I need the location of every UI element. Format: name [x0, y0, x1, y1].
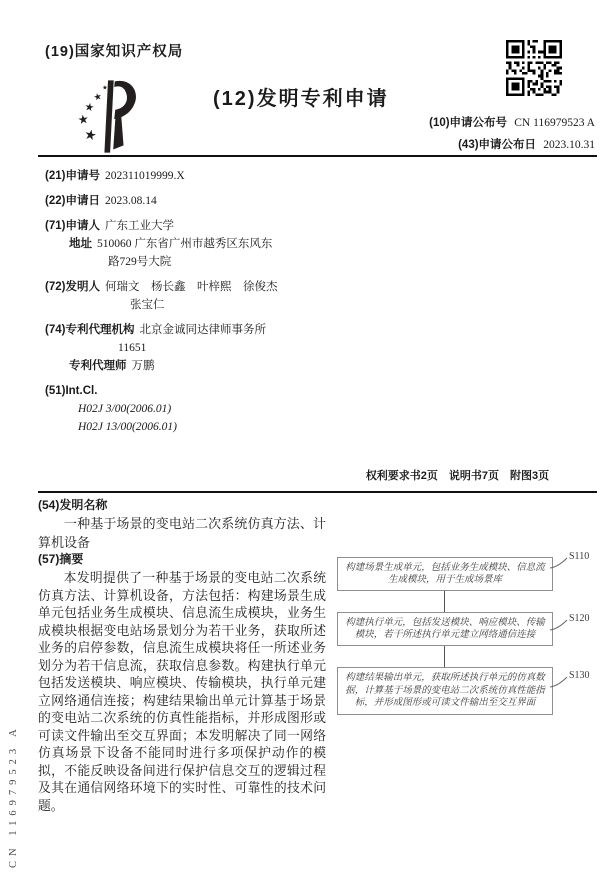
applicant-name: 广东工业大学	[105, 220, 174, 232]
flow-step-3-id: S130	[569, 670, 590, 681]
flow-step-2-text: 构建执行单元，包括发送模块、响应模块、传输模块，若干所述执行单元建立网络通信连接	[343, 617, 547, 642]
inventors-line-1: 何瑞文 杨长鑫 叶梓熙 徐俊杰	[105, 281, 278, 293]
bibliographic-data: (21)申请号202311019999.X (22)申请日2023.08.14 …	[45, 167, 345, 443]
flow-step-1-text: 构建场景生成单元，包括业务生成模块、信息流生成模块，用于生成场景库	[343, 562, 547, 587]
flow-step-2-leader-line	[549, 617, 569, 631]
abstract-section: (57)摘要 本发明提供了一种基于场景的变电站二次系统仿真方法、计算机设备，方法…	[38, 550, 326, 815]
inventors-line-2: 张宝仁	[130, 299, 165, 311]
address-label: 地址	[69, 238, 92, 250]
invention-title-section: (54)发明名称 一种基于场景的变电站二次系统仿真方法、计算机设备	[38, 496, 326, 552]
invention-title-label: (54)发明名称	[38, 496, 326, 514]
sidebar-document-id: CN 116979523 A	[8, 700, 23, 868]
agency-code: 11651	[118, 342, 146, 354]
int-cl-label: (51)Int.Cl.	[45, 385, 97, 397]
header-divider	[38, 155, 597, 157]
filing-date-label: (22)申请日	[45, 195, 100, 207]
flow-step-1-id: S110	[569, 551, 589, 562]
qr-code	[506, 40, 562, 96]
patent-office-name: (19)国家知识产权局	[45, 40, 183, 61]
flow-step-2-id: S120	[569, 613, 590, 624]
inventors-label: (72)发明人	[45, 281, 100, 293]
flow-connector-2	[444, 646, 445, 667]
patent-front-page: (19)国家知识产权局 (12)发明专利申请 (10)申请公布号 CN 1169…	[0, 0, 605, 889]
flow-connector-1	[444, 591, 445, 612]
invention-title: 一种基于场景的变电站二次系统仿真方法、计算机设备	[38, 515, 326, 552]
document-type-title: (12)发明专利申请	[213, 82, 389, 111]
filing-date-group: (22)申请日2023.08.14	[45, 192, 345, 210]
applicant-group: (71)申请人广东工业大学 地址510060 广东省广州市越秀区东风东 路729…	[45, 217, 345, 271]
mid-divider	[38, 491, 597, 493]
publication-number: CN 116979523 A	[514, 117, 595, 129]
applicant-label: (71)申请人	[45, 220, 100, 232]
agency-name: 北京金诚同达律师事务所	[139, 324, 266, 336]
inventors-group: (72)发明人何瑞文 杨长鑫 叶梓熙 徐俊杰 张宝仁	[45, 278, 345, 314]
publication-number-label: (10)申请公布号	[429, 117, 507, 129]
address-line-2: 路729号大院	[108, 256, 171, 268]
flow-step-3-leader-line	[549, 674, 569, 688]
publication-info: (10)申请公布号 CN 116979523 A (43)申请公布日 2023.…	[429, 114, 595, 158]
flow-step-3-box: 构建结果输出单元，获取所述执行单元的仿真数据，计算基于场景的变电站二次系统仿真性…	[337, 667, 553, 715]
abstract-text: 本发明提供了一种基于场景的变电站二次系统仿真方法、计算机设备，方法包括：构建场景…	[38, 570, 326, 815]
int-cl-entry-1: H02J 3/00(2006.01)	[78, 403, 171, 415]
application-number: 202311019999.X	[105, 170, 185, 182]
application-number-group: (21)申请号202311019999.X	[45, 167, 345, 185]
filing-date: 2023.08.14	[105, 195, 157, 207]
flow-step-1-leader-line	[549, 555, 569, 569]
publication-date: 2023.10.31	[543, 139, 595, 151]
agent-name: 万鹏	[132, 360, 155, 372]
flow-step-3-text: 构建结果输出单元，获取所述执行单元的仿真数据，计算基于场景的变电站二次系统仿真性…	[343, 672, 547, 710]
flow-step-2-box: 构建执行单元，包括发送模块、响应模块、传输模块，若干所述执行单元建立网络通信连接	[337, 612, 553, 646]
pages-note: 权利要求书2页 说明书7页 附图3页	[330, 467, 585, 483]
cnipa-logo-icon	[76, 78, 138, 156]
publication-date-label: (43)申请公布日	[458, 139, 536, 151]
application-number-label: (21)申请号	[45, 170, 100, 182]
flowchart-figure: 构建场景生成单元，包括业务生成模块、信息流生成模块，用于生成场景库 构建执行单元…	[330, 540, 602, 760]
int-cl-group: (51)Int.Cl. H02J 3/00(2006.01) H02J 13/0…	[45, 382, 345, 436]
publication-date-line: (43)申请公布日 2023.10.31	[429, 136, 595, 152]
flow-step-1-box: 构建场景生成单元，包括业务生成模块、信息流生成模块，用于生成场景库	[337, 557, 553, 591]
agent-label: 专利代理师	[69, 360, 127, 372]
agency-group: (74)专利代理机构北京金诚同达律师事务所 11651 专利代理师万鹏	[45, 321, 345, 375]
publication-number-line: (10)申请公布号 CN 116979523 A	[429, 114, 595, 130]
abstract-label: (57)摘要	[38, 550, 326, 568]
address-line-1: 510060 广东省广州市越秀区东风东	[97, 238, 272, 250]
agency-label: (74)专利代理机构	[45, 324, 134, 336]
int-cl-entry-2: H02J 13/00(2006.01)	[78, 421, 177, 433]
